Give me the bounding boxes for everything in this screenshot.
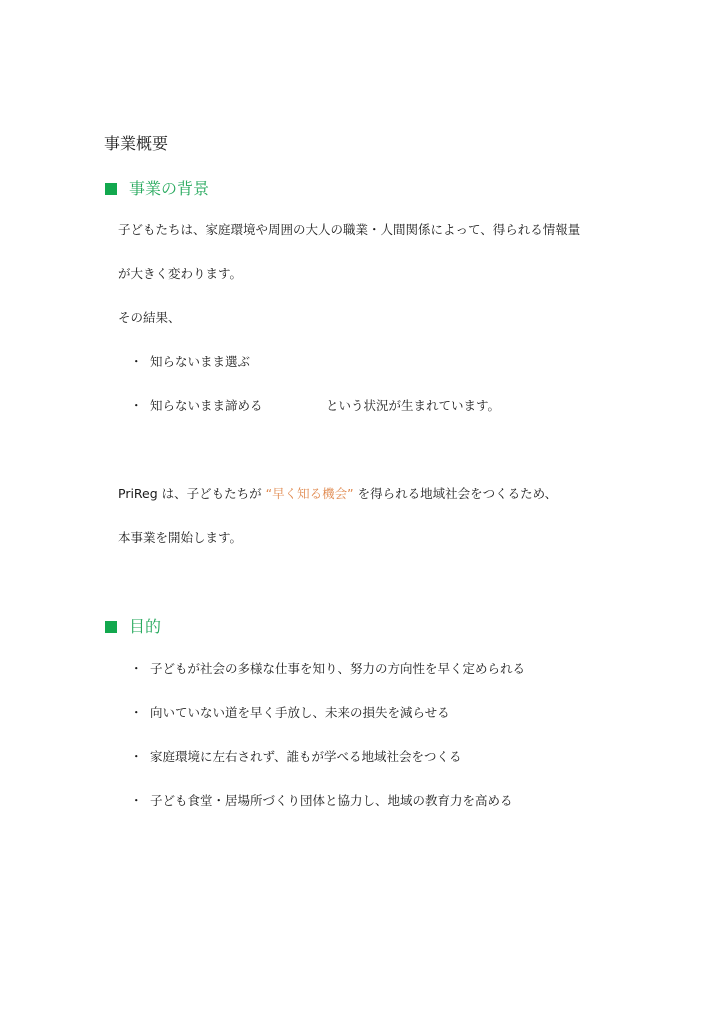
text: を得られる地域社会をつくるため、 bbox=[358, 486, 558, 501]
paragraph-line: PriReg は、子どもたちが “早く知る機会” を得られる地域社会をつくるため… bbox=[118, 484, 557, 502]
bullet-dot-icon: ・ bbox=[130, 352, 150, 370]
heading-text: 事業の背景 bbox=[129, 179, 209, 198]
paragraph-line: 本事業を開始します。 bbox=[118, 528, 242, 546]
paragraph-line: その結果、 bbox=[118, 308, 181, 326]
list-item: ・家庭環境に左右されず、誰もが学べる地域社会をつくる bbox=[130, 747, 462, 765]
list-item: ・子どもが社会の多様な仕事を知り、努力の方向性を早く定められる bbox=[130, 659, 525, 677]
list-item: ・子ども食堂・居場所づくり団体と協力し、地域の教育力を高める bbox=[130, 791, 513, 809]
heading-text: 目的 bbox=[129, 617, 161, 636]
list-item-text: 知らないまま諦める bbox=[150, 398, 263, 413]
bullet-dot-icon: ・ bbox=[130, 703, 150, 721]
list-item: ・知らないまま諦める bbox=[130, 396, 263, 414]
list-item: ・知らないまま選ぶ bbox=[130, 352, 250, 370]
paragraph-line: が大きく変わります。 bbox=[118, 264, 242, 282]
paragraph-line: 子どもたちは、家庭環境や周囲の大人の職業・人間関係によって、得られる情報量 bbox=[118, 220, 580, 238]
page-title: 事業概要 bbox=[104, 131, 168, 154]
bullet-dot-icon: ・ bbox=[130, 659, 150, 677]
bullet-trailing-text: という状況が生まれています。 bbox=[326, 396, 500, 414]
section-heading-purpose: 目的 bbox=[105, 614, 161, 637]
list-item: ・向いていない道を早く手放し、未来の損失を減らせる bbox=[130, 703, 450, 721]
list-item-text: 子ども食堂・居場所づくり団体と協力し、地域の教育力を高める bbox=[150, 793, 513, 808]
bullet-dot-icon: ・ bbox=[130, 396, 150, 414]
bullet-dot-icon: ・ bbox=[130, 791, 150, 809]
highlight-text: “早く知る機会” bbox=[266, 486, 354, 501]
list-item-text: 子どもが社会の多様な仕事を知り、努力の方向性を早く定められる bbox=[150, 661, 525, 676]
square-bullet-icon bbox=[105, 183, 117, 195]
square-bullet-icon bbox=[105, 621, 117, 633]
list-item-text: 知らないまま選ぶ bbox=[150, 354, 250, 369]
text: PriReg は、子どもたちが bbox=[118, 486, 262, 501]
section-heading-background: 事業の背景 bbox=[105, 176, 209, 199]
bullet-dot-icon: ・ bbox=[130, 747, 150, 765]
list-item-text: 家庭環境に左右されず、誰もが学べる地域社会をつくる bbox=[150, 749, 462, 764]
list-item-text: 向いていない道を早く手放し、未来の損失を減らせる bbox=[150, 705, 450, 720]
